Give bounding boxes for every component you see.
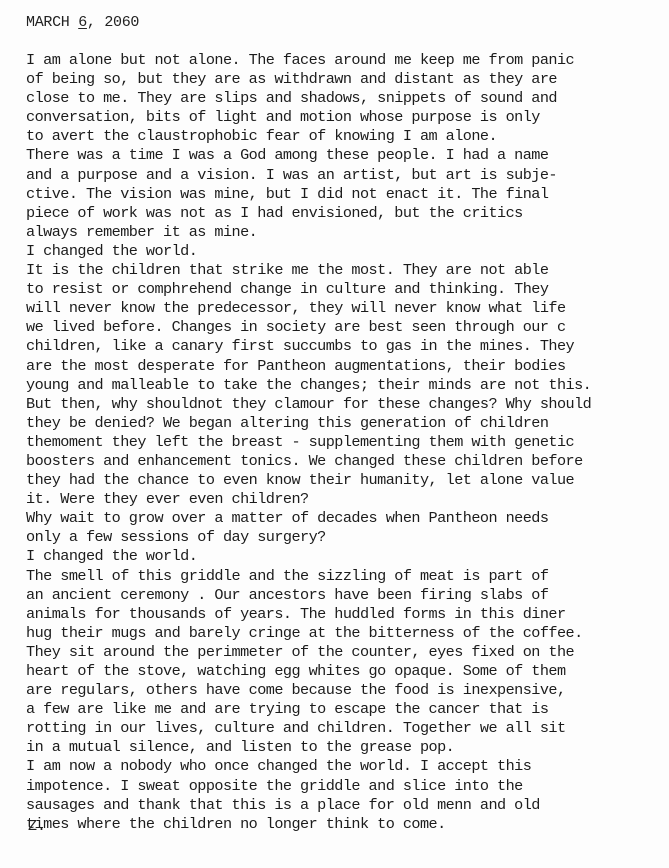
signature: Z. bbox=[28, 818, 46, 835]
text-line: I changed the world. bbox=[26, 547, 666, 566]
text-line: we lived before. Changes in society are … bbox=[26, 318, 666, 337]
text-line: in a mutual silence, and listen to the g… bbox=[26, 738, 666, 757]
text-line: close to me. They are slips and shadows,… bbox=[26, 89, 666, 108]
text-line: a few are like me and are trying to esca… bbox=[26, 700, 666, 719]
text-line: ctive. The vision was mine, but I did no… bbox=[26, 185, 666, 204]
text-line: they be denied? We began altering this g… bbox=[26, 414, 666, 433]
text-line: times where the children no longer think… bbox=[26, 815, 666, 834]
entry-date: MARCH 6, 2060 bbox=[26, 14, 139, 31]
date-year: , 2060 bbox=[87, 14, 139, 31]
typewritten-page: MARCH 6, 2060 I am alone but not alone. … bbox=[0, 0, 669, 868]
text-line: themoment they left the breast - supplem… bbox=[26, 433, 666, 452]
text-line: heart of the stove, watching egg whites … bbox=[26, 662, 666, 681]
text-line: But then, why shouldnot they clamour for… bbox=[26, 395, 666, 414]
text-line: They sit around the perimmeter of the co… bbox=[26, 643, 666, 662]
text-line: There was a time I was a God among these… bbox=[26, 146, 666, 165]
text-line: The smell of this griddle and the sizzli… bbox=[26, 567, 666, 586]
text-line: rotting in our lives, culture and childr… bbox=[26, 719, 666, 738]
text-line: they had the chance to even know their h… bbox=[26, 471, 666, 490]
text-line: are the most desperate for Pantheon augm… bbox=[26, 357, 666, 376]
text-line: to resist or comphrehend change in cultu… bbox=[26, 280, 666, 299]
text-line: boosters and enhancement tonics. We chan… bbox=[26, 452, 666, 471]
text-line: conversation, bits of light and motion w… bbox=[26, 108, 666, 127]
text-line: children, like a canary first succumbs t… bbox=[26, 337, 666, 356]
date-day: 6 bbox=[78, 14, 87, 31]
text-line: are regulars, others have come because t… bbox=[26, 681, 666, 700]
text-line: I am now a nobody who once changed the w… bbox=[26, 757, 666, 776]
text-line: always remember it as mine. bbox=[26, 223, 666, 242]
text-line: animals for thousands of years. The hudd… bbox=[26, 605, 666, 624]
text-line: it. Were they ever even children? bbox=[26, 490, 666, 509]
text-line: It is the children that strike me the mo… bbox=[26, 261, 666, 280]
text-line: piece of work was not as I had envisione… bbox=[26, 204, 666, 223]
text-line: young and malleable to take the changes;… bbox=[26, 376, 666, 395]
text-line: sausages and thank that this is a place … bbox=[26, 796, 666, 815]
text-line: I changed the world. bbox=[26, 242, 666, 261]
date-month: MARCH bbox=[26, 14, 70, 31]
text-line: will never know the predecessor, they wi… bbox=[26, 299, 666, 318]
text-line: Why wait to grow over a matter of decade… bbox=[26, 509, 666, 528]
text-line: of being so, but they are as withdrawn a… bbox=[26, 70, 666, 89]
text-line: impotence. I sweat opposite the griddle … bbox=[26, 777, 666, 796]
text-line: hug their mugs and barely cringe at the … bbox=[26, 624, 666, 643]
text-line: an ancient ceremony . Our ancestors have… bbox=[26, 586, 666, 605]
text-line: I am alone but not alone. The faces arou… bbox=[26, 51, 666, 70]
text-line: only a few sessions of day surgery? bbox=[26, 528, 666, 547]
text-line: and a purpose and a vision. I was an art… bbox=[26, 166, 666, 185]
journal-entry-body: I am alone but not alone. The faces arou… bbox=[26, 51, 666, 834]
text-line: to avert the claustrophobic fear of know… bbox=[26, 127, 666, 146]
